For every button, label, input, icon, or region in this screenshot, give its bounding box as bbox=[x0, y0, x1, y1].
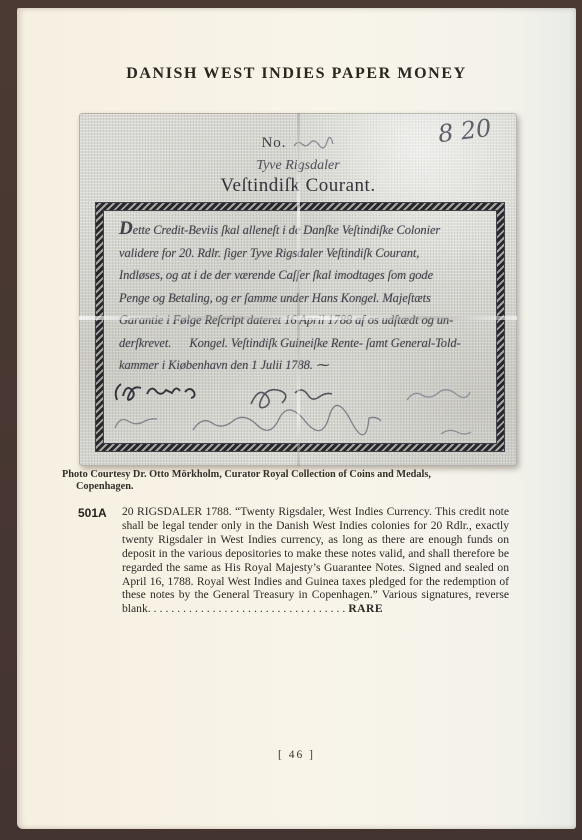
fold-crease-horizontal bbox=[79, 316, 517, 320]
page-title: DANISH WEST INDIES PAPER MONEY bbox=[17, 65, 576, 83]
banknote-photo: No. Tyve Rigsdaler Veſtindiſk Courant. 8… bbox=[79, 113, 517, 466]
photo-credit: Photo Courtesy Dr. Otto Mörkholm, Curato… bbox=[62, 469, 534, 492]
book-scan-background: DANISH WEST INDIES PAPER MONEY No. Tyve … bbox=[0, 0, 582, 840]
book-page: DANISH WEST INDIES PAPER MONEY No. Tyve … bbox=[17, 8, 576, 829]
fold-crease-vertical bbox=[297, 113, 300, 466]
rarity-label: RARE bbox=[348, 602, 383, 615]
photo-credit-line1: Photo Courtesy Dr. Otto Mörkholm, Curato… bbox=[62, 469, 431, 480]
banknote-number-label: No. bbox=[261, 135, 286, 151]
catalog-entry-501A: 501A 20 RIGSDALER 1788. “Twenty Rigsdale… bbox=[78, 505, 526, 616]
entry-description: 20 RIGSDALER 1788. “Twenty Rigsdaler, We… bbox=[122, 505, 509, 615]
banknote-text-line: Garantie i Følge Reſcript dateret 16 Apr… bbox=[119, 309, 483, 332]
leader-dots: .................................. bbox=[148, 602, 349, 615]
page-number: [ 46 ] bbox=[17, 749, 576, 761]
banknote-text-line: Penge og Betaling, og er ſamme under Han… bbox=[119, 287, 483, 310]
banknote-text-line: Indløses, og at i de der værende Caſſer … bbox=[119, 264, 483, 287]
banknote-text-line: validere for 20. Rdlr. ſiger Tyve Rigsda… bbox=[119, 242, 483, 265]
catalog-entry-text: 20 RIGSDALER 1788. “Twenty Rigsdaler, We… bbox=[122, 505, 509, 616]
banknote-text-line: derſkrevet. Kongel. Veſtindiſk Guineiſke… bbox=[119, 332, 483, 355]
photo-credit-line2: Copenhagen. bbox=[76, 481, 534, 493]
banknote-ornate-frame: Dette Credit-Beviis ſkal alleneſt i de D… bbox=[96, 203, 504, 451]
signatures-scribbles-icon bbox=[109, 376, 504, 440]
catalog-number: 501A bbox=[78, 506, 107, 520]
banknote-text-line: kammer i Kiøbenhavn den 1 Julii 1788. ⁓ bbox=[119, 354, 483, 377]
banknote-text-line: Dette Credit-Beviis ſkal alleneſt i de D… bbox=[119, 218, 483, 242]
